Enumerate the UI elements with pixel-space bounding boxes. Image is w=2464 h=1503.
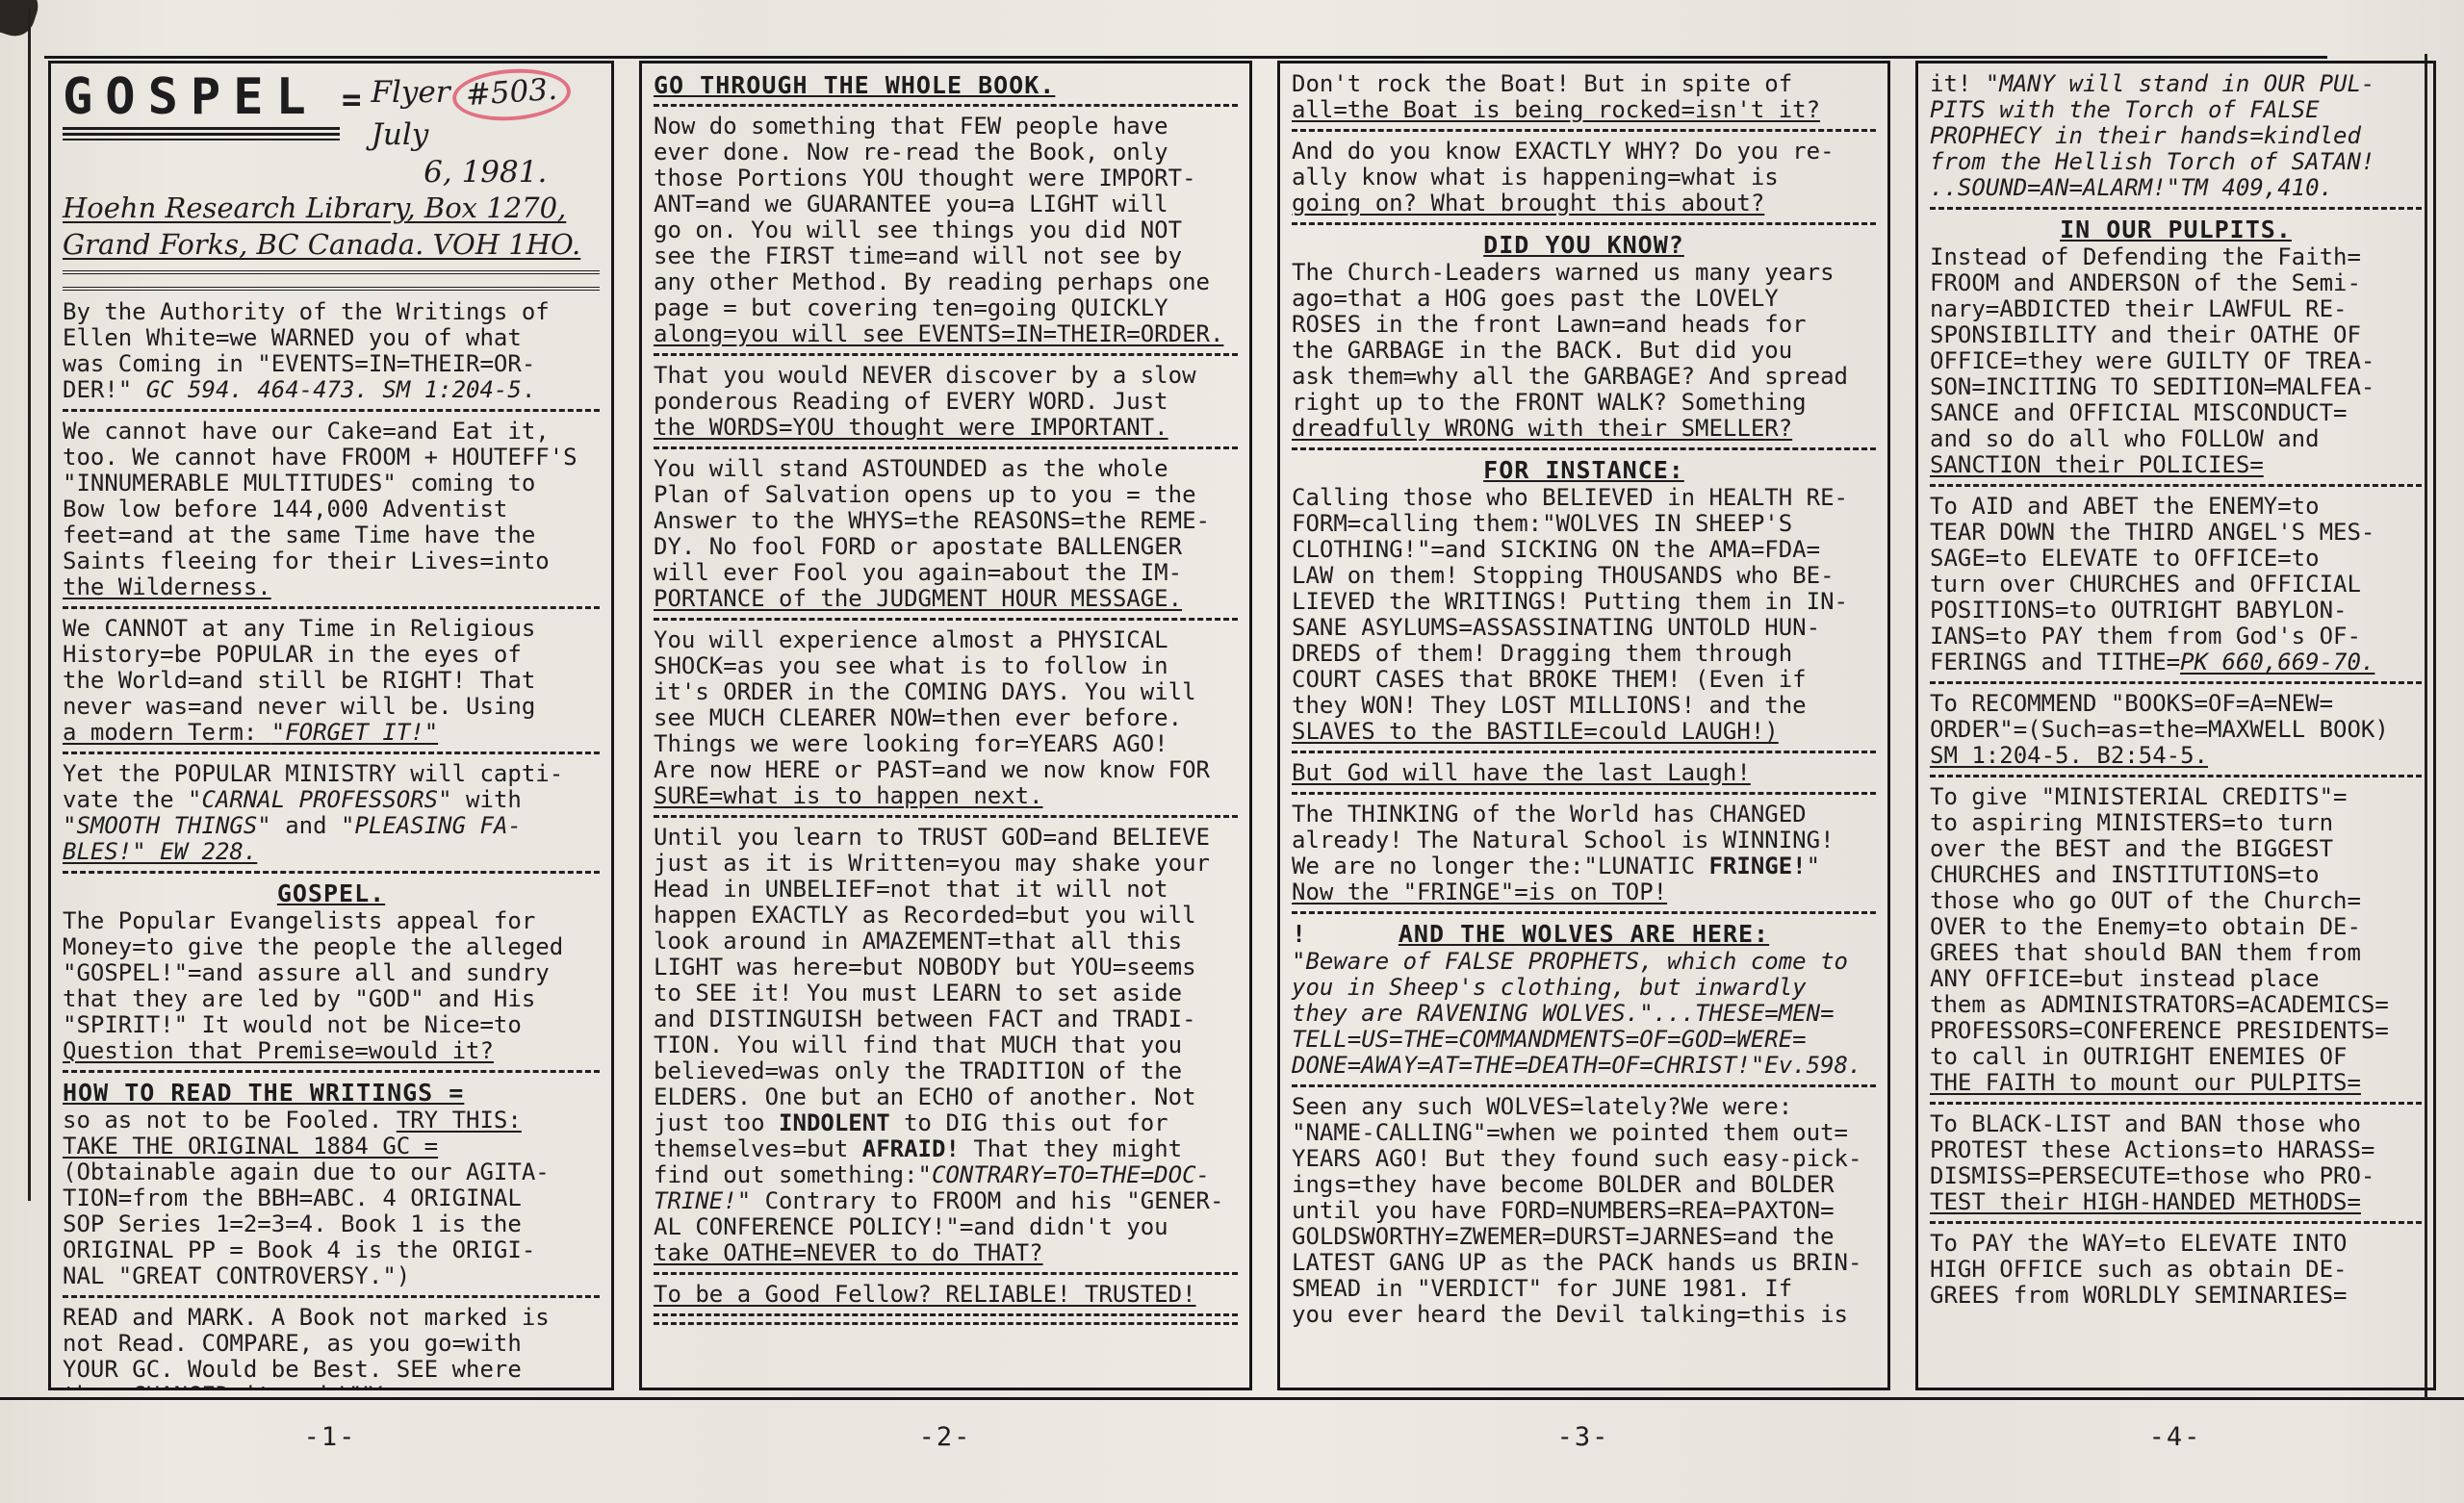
flyer-label: Flyer <box>371 75 459 110</box>
dashed-divider <box>1292 129 1876 132</box>
dashed-divider <box>1292 911 1876 914</box>
paragraph: To BLACK-LIST and BAN those whoPROTEST t… <box>1930 1111 2422 1215</box>
page-number-1: -1- <box>234 1422 426 1452</box>
flyer-month: July <box>371 117 428 152</box>
paragraph: To RECOMMEND "BOOKS=OF=A=NEW=ORDER"=(Suc… <box>1930 691 2422 769</box>
heading-prefix: ! <box>1292 921 1306 947</box>
page-title: GOSPEL <box>63 71 340 124</box>
masthead-title-row: GOSPEL = Flyer #503. July 6, 1981. <box>63 71 600 191</box>
section-heading-text: GO THROUGH THE WHOLE BOOK. <box>654 71 1055 99</box>
dashed-divider <box>1930 1221 2422 1224</box>
dashed-divider <box>654 618 1238 621</box>
dashed-divider <box>654 815 1238 818</box>
address-line-1: Hoehn Research Library, Box 1270, <box>63 191 600 227</box>
masthead: GOSPEL = Flyer #503. July 6, 1981. Hoehn… <box>63 71 600 291</box>
columns-row: GOSPEL = Flyer #503. July 6, 1981. Hoehn… <box>48 61 2436 1390</box>
page-number-4: -4- <box>2079 1422 2271 1452</box>
column-4-text: it! "MANY will stand in OUR PUL-PITS wit… <box>1930 71 2422 1309</box>
address-line-2: Grand Forks, BC Canada. VOH 1HO. <box>63 227 600 264</box>
paragraph: "Beware of FALSE PROPHETS, which come to… <box>1292 949 1876 1079</box>
paragraph: Until you learn to TRUST GOD=and BELIEVE… <box>654 825 1238 1266</box>
dashed-divider <box>1292 1084 1876 1087</box>
page-left-fold-line <box>28 8 31 1201</box>
section-heading-text: AND THE WOLVES ARE HERE: <box>1399 920 1769 948</box>
paragraph: By the Authority of the Writings ofEllen… <box>63 299 600 403</box>
paragraph: But God will have the last Laugh! <box>1292 760 1876 786</box>
section-heading: DID YOU KNOW? <box>1292 232 1876 258</box>
masthead-underline <box>63 127 340 140</box>
section-heading-text: DID YOU KNOW? <box>1483 231 1684 259</box>
page-top-rule <box>44 56 2327 59</box>
dashed-divider <box>1292 751 1876 753</box>
paragraph: We cannot have our Cake=and Eat it,too. … <box>63 419 600 600</box>
section-heading-text: FOR INSTANCE: <box>1483 456 1684 484</box>
flyer-page: GOSPEL = Flyer #503. July 6, 1981. Hoehn… <box>0 0 2464 1503</box>
dashed-divider <box>63 871 600 874</box>
section-heading: GOSPEL. <box>63 880 600 906</box>
dashed-divider <box>654 1272 1238 1275</box>
paragraph: Instead of Defending the Faith=FROOM and… <box>1930 244 2422 478</box>
section-heading: GO THROUGH THE WHOLE BOOK. <box>654 72 1238 98</box>
paragraph: it! "MANY will stand in OUR PUL-PITS wit… <box>1930 71 2422 201</box>
masthead-title-block: GOSPEL <box>63 71 340 140</box>
section-heading: IN OUR PULPITS. <box>1930 217 2422 242</box>
column-4: it! "MANY will stand in OUR PUL-PITS wit… <box>1915 61 2436 1390</box>
dashed-divider <box>1930 1102 2422 1105</box>
paragraph: To PAY the WAY=to ELEVATE INTOHIGH OFFIC… <box>1930 1231 2422 1309</box>
paragraph: READ and MARK. A Book not marked isnot R… <box>63 1305 600 1390</box>
dashed-divider <box>63 751 600 754</box>
page-number-2: -2- <box>849 1422 1041 1452</box>
paragraph: Seen any such WOLVES=lately?We were:"NAM… <box>1292 1094 1876 1328</box>
dashed-divider <box>1292 792 1876 795</box>
flyer-info: Flyer #503. July 6, 1981. <box>371 73 600 191</box>
paragraph: Now do something that FEW people haveeve… <box>654 114 1238 347</box>
dashed-divider <box>1930 207 2422 210</box>
paragraph: You will experience almost a PHYSICALSHO… <box>654 627 1238 809</box>
dashed-divider <box>63 1295 600 1298</box>
dashed-divider <box>1930 484 2422 487</box>
column-1: GOSPEL = Flyer #503. July 6, 1981. Hoehn… <box>48 61 614 1390</box>
scan-corner-smudge <box>0 0 43 41</box>
dashed-divider <box>654 104 1238 107</box>
paragraph: To AID and ABET the ENEMY=toTEAR DOWN th… <box>1930 494 2422 675</box>
equals-sign: = <box>342 81 361 119</box>
section-heading: !AND THE WOLVES ARE HERE: <box>1292 921 1876 947</box>
paragraph: Calling those who BELIEVED in HEALTH RE-… <box>1292 485 1876 745</box>
paragraph: We CANNOT at any Time in ReligiousHistor… <box>63 616 600 746</box>
paragraph: so as not to be Fooled. TRY THIS:TAKE TH… <box>63 1108 600 1289</box>
dashed-divider <box>1930 681 2422 684</box>
flyer-date: 6, 1981. <box>371 154 600 191</box>
column-2: GO THROUGH THE WHOLE BOOK.Now do somethi… <box>639 61 1252 1390</box>
dashed-divider <box>1292 222 1876 225</box>
column-1-text: By the Authority of the Writings ofEllen… <box>63 299 600 1390</box>
dashed-divider <box>63 409 600 412</box>
paragraph: And do you know EXACTLY WHY? Do you re-a… <box>1292 139 1876 217</box>
flyer-number-annotation: #503. <box>451 65 573 124</box>
masthead-divider <box>63 270 600 291</box>
section-heading-text: HOW TO READ THE WRITINGS = <box>63 1079 464 1107</box>
paragraph: To be a Good Fellow? RELIABLE! TRUSTED! <box>654 1282 1238 1308</box>
paragraph: Yet the POPULAR MINISTRY will capti-vate… <box>63 761 600 865</box>
paragraph: Don't rock the Boat! But in spite ofall=… <box>1292 71 1876 123</box>
section-heading: HOW TO READ THE WRITINGS = <box>63 1080 600 1106</box>
page-bottom-rule <box>0 1397 2464 1400</box>
dashed-divider <box>654 353 1238 356</box>
dashed-divider <box>654 446 1238 449</box>
paragraph: The Popular Evangelists appeal forMoney=… <box>63 908 600 1064</box>
section-heading-text: GOSPEL. <box>277 879 385 907</box>
column-2-text: GO THROUGH THE WHOLE BOOK.Now do somethi… <box>654 72 1238 1325</box>
dashed-divider <box>63 606 600 609</box>
column-3-text: Don't rock the Boat! But in spite ofall=… <box>1292 71 1876 1328</box>
dashed-divider <box>1930 775 2422 777</box>
dashed-divider <box>63 1070 600 1073</box>
paragraph: The Church-Leaders warned us many yearsa… <box>1292 260 1876 442</box>
double-divider <box>654 1313 1238 1325</box>
dashed-divider <box>1292 447 1876 450</box>
paragraph: To give "MINISTERIAL CREDITS"=to aspirin… <box>1930 784 2422 1096</box>
paragraph: That you would NEVER discover by a slowp… <box>654 363 1238 441</box>
paragraph: The THINKING of the World has CHANGEDalr… <box>1292 802 1876 905</box>
section-heading: FOR INSTANCE: <box>1292 457 1876 483</box>
page-number-3: -3- <box>1487 1422 1680 1452</box>
section-heading-text: IN OUR PULPITS. <box>2060 216 2292 243</box>
paragraph: You will stand ASTOUNDED as the wholePla… <box>654 456 1238 612</box>
column-3: Don't rock the Boat! But in spite ofall=… <box>1277 61 1890 1390</box>
